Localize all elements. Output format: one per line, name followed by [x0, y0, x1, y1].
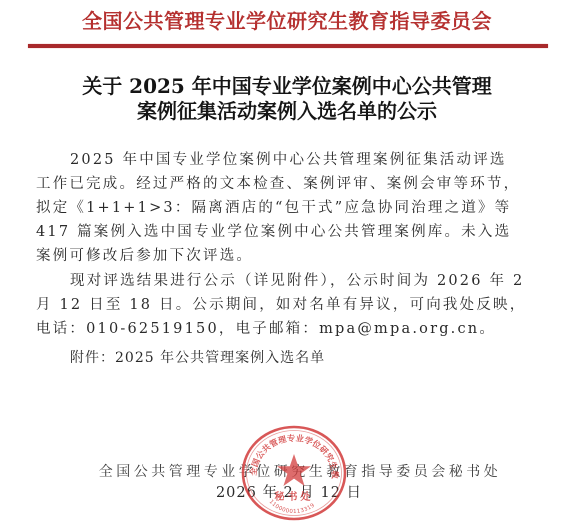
paragraph-1-line: 2025 年中国专业学位案例中心公共管理案例征集活动评选 — [36, 148, 542, 172]
title-line-1: 关于 2025 年中国专业学位案例中心公共管理 — [0, 74, 574, 99]
document-title: 关于 2025 年中国专业学位案例中心公共管理 案例征集活动案例入选名单的公示 — [0, 74, 574, 124]
paragraph-2: 现对评选结果进行公示（详见附件），公示时间为 2026 年 2 月 12 日至 … — [36, 269, 542, 341]
header-organization: 全国公共管理专业学位研究生教育指导委员会 — [0, 8, 574, 34]
paragraph-1-line: 案例可修改后参加下次评选。 — [36, 244, 542, 268]
title-line-2: 案例征集活动案例入选名单的公示 — [0, 99, 574, 124]
paragraph-2-line: 现对评选结果进行公示（详见附件），公示时间为 2026 年 2 — [36, 269, 542, 293]
attachment-note: 附件：2025 年公共管理案例入选名单 — [70, 346, 325, 370]
signature-date: 2026 年 2 月 12 日 — [0, 482, 574, 504]
paragraph-2-line: 电话：010-62519150，电子邮箱：mpa@mpa.org.cn。 — [36, 317, 542, 341]
signature-organization: 全国公共管理专业学位研究生教育指导委员会秘书处 — [0, 461, 574, 483]
paragraph-1-line: 拟定《1+1+1>3：隔离酒店的“包干式”应急协同治理之道》等 — [36, 196, 542, 220]
paragraph-1-line: 工作已完成。经过严格的文本检查、案例评审、案例会审等环节， — [36, 172, 542, 196]
paragraph-1: 2025 年中国专业学位案例中心公共管理案例征集活动评选 工作已完成。经过严格的… — [36, 148, 542, 268]
paragraph-1-line: 417 篇案例入选中国专业学位案例中心公共管理案例库。未入选 — [36, 220, 542, 244]
paragraph-2-line: 月 12 日至 18 日。公示期间，如对名单有异议，可向我处反映， — [36, 293, 542, 317]
document-page: 全国公共管理专业学位研究生教育指导委员会 关于 2025 年中国专业学位案例中心… — [0, 0, 574, 529]
header-red-rule — [28, 44, 548, 48]
